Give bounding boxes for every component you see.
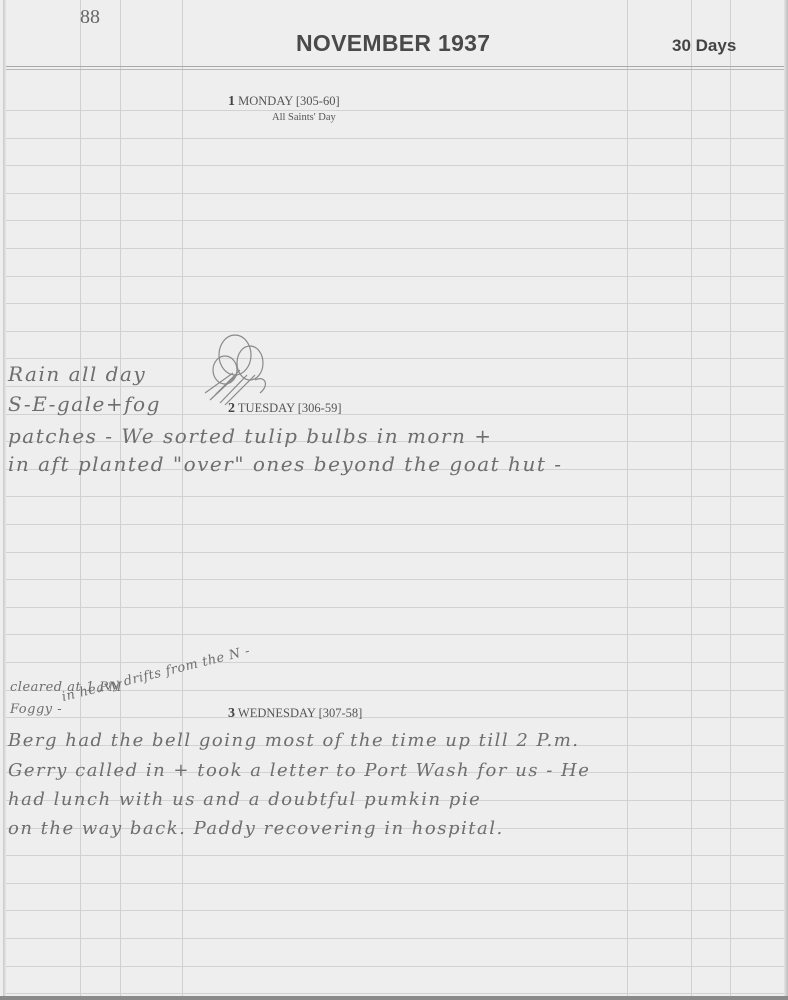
handwritten-line: Berg had the bell going most of the time… [8, 730, 580, 751]
handwritten-line: in aft planted "over" ones beyond the go… [8, 452, 562, 476]
ruling-vertical [691, 0, 692, 996]
ruling-horizontal [6, 386, 784, 387]
ruling-horizontal [6, 938, 784, 939]
ruling-vertical [627, 0, 628, 996]
day-weekday: MONDAY [238, 94, 293, 108]
ruling-horizontal [6, 910, 784, 911]
ruling-horizontal [6, 165, 784, 166]
handwritten-line: had lunch with us and a doubtful pumkin … [8, 789, 481, 810]
days-count: 30 Days [672, 36, 736, 56]
ruling-vertical [120, 0, 121, 996]
ruling-horizontal [6, 717, 784, 718]
ruling-horizontal [6, 662, 784, 663]
ruling-horizontal [6, 855, 784, 856]
header-rule [6, 69, 784, 70]
ruling-horizontal [6, 607, 784, 608]
ruling-horizontal [6, 193, 784, 194]
ruling-horizontal [6, 138, 784, 139]
ruling-vertical [182, 0, 183, 996]
handwritten-line: Gerry called in + took a letter to Port … [8, 760, 590, 781]
diary-page: 88 NOVEMBER 1937 30 Days 1 MONDAY [305-6… [0, 0, 788, 1000]
day-weekday: TUESDAY [238, 401, 295, 415]
ruling-horizontal [6, 110, 784, 111]
ruling-horizontal [6, 248, 784, 249]
ruling-horizontal [6, 634, 784, 635]
page-number: 88 [80, 6, 100, 29]
page-edge-left [3, 0, 6, 1000]
page-edge-bottom [0, 996, 788, 1000]
handwritten-line: Rain all day [8, 362, 146, 386]
ruling-horizontal [6, 883, 784, 884]
handwritten-line: Foggy - [10, 702, 62, 717]
ruling-horizontal [6, 552, 784, 553]
ruling-horizontal [6, 966, 784, 967]
ruling-horizontal [6, 358, 784, 359]
page-edge-right [784, 0, 788, 1000]
day-number: 3 [228, 706, 235, 721]
ruling-horizontal [6, 993, 784, 994]
ruling-vertical [80, 0, 81, 996]
day-count: [306-59] [298, 401, 342, 415]
ruling-horizontal [6, 276, 784, 277]
day-number: 1 [228, 94, 235, 109]
ruling-vertical [730, 0, 731, 996]
month-title: NOVEMBER 1937 [296, 30, 490, 57]
day-heading-3: 3 WEDNESDAY [307-58] [228, 706, 362, 722]
day-heading-2: 2 TUESDAY [306-59] [228, 401, 342, 417]
day-observance: All Saints' Day [272, 112, 336, 123]
day-count: [305-60] [296, 94, 340, 108]
ruling-horizontal [6, 579, 784, 580]
handwritten-line: in heavy drifts from the N - [60, 644, 251, 705]
day-weekday: WEDNESDAY [238, 706, 316, 720]
handwritten-line: S-E-gale+fog [8, 392, 161, 416]
handwritten-line: patches - We sorted tulip bulbs in morn … [8, 424, 493, 448]
day-count: [307-58] [319, 706, 363, 720]
ruling-horizontal [6, 496, 784, 497]
handwritten-line: on the way back. Paddy recovering in hos… [8, 818, 504, 839]
day-heading-1: 1 MONDAY [305-60] [228, 94, 340, 110]
header-rule [6, 66, 784, 67]
ruling-horizontal [6, 220, 784, 221]
ruling-horizontal [6, 303, 784, 304]
ruling-horizontal [6, 524, 784, 525]
day-number: 2 [228, 401, 235, 416]
ruling-horizontal [6, 331, 784, 332]
